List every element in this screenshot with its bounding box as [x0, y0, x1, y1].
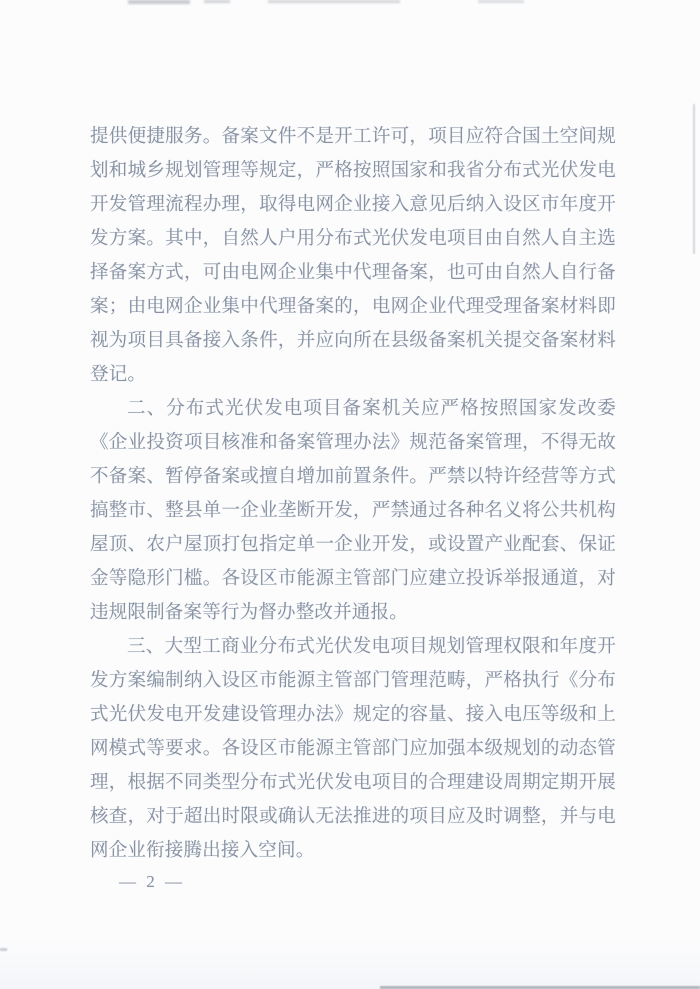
text-line: 屋顶、农户屋顶打包指定单一企业开发，或设置产业配套、保证	[90, 528, 616, 562]
text-line: 开发管理流程办理，取得电网企业接入意见后纳入设区市年度开	[90, 188, 616, 222]
text-line: 二、分布式光伏发电项目备案机关应严格按照国家发改委	[90, 392, 616, 426]
paragraph-continuation: 提供便捷服务。备案文件不是开工许可，项目应符合国土空间规 划和城乡规划管理等规定…	[90, 120, 616, 392]
document-page: 提供便捷服务。备案文件不是开工许可，项目应符合国土空间规 划和城乡规划管理等规定…	[0, 0, 700, 989]
text-line: 视为项目具备接入条件，并应向所在县级备案机关提交备案材料	[90, 324, 616, 358]
text-line: 金等隐形门槛。各设区市能源主管部门应建立投诉举报通道，对	[90, 562, 616, 596]
text-line: 三、大型工商业分布式光伏发电项目规划管理权限和年度开	[90, 630, 616, 664]
text-line: 《企业投资项目核准和备案管理办法》规范备案管理，不得无故	[90, 426, 616, 460]
text-line: 理，根据不同类型分布式光伏发电项目的合理建设周期定期开展	[90, 766, 616, 800]
paragraph-item-three: 三、大型工商业分布式光伏发电项目规划管理权限和年度开 发方案编制纳入设区市能源主…	[90, 630, 616, 868]
text-line: 搞整市、整县单一企业垄断开发，严禁通过各种名义将公共机构	[90, 494, 616, 528]
scan-artifact-right-edge-line	[693, 104, 695, 254]
text-line: 择备案方式，可由电网企业集中代理备案，也可由自然人自行备	[90, 256, 616, 290]
text-line: 发方案。其中，自然人户用分布式光伏发电项目由自然人自主选	[90, 222, 616, 256]
text-line: 提供便捷服务。备案文件不是开工许可，项目应符合国土空间规	[90, 120, 616, 154]
text-line: 划和城乡规划管理等规定，严格按照国家和我省分布式光伏发电	[90, 154, 616, 188]
text-line: 不备案、暂停备案或擅自增加前置条件。严禁以特许经营等方式	[90, 460, 616, 494]
text-line: 违规限制备案等行为督办整改并通报。	[90, 596, 616, 630]
scan-artifact-top-text-remnant	[268, 0, 400, 3]
text-line: 案；由电网企业集中代理备案的，电网企业代理受理备案材料即	[90, 290, 616, 324]
document-body: 提供便捷服务。备案文件不是开工许可，项目应符合国土空间规 划和城乡规划管理等规定…	[90, 120, 616, 868]
scan-artifact-top-text-remnant	[478, 0, 524, 3]
text-line: 网模式等要求。各设区市能源主管部门应加强本级规划的动态管	[90, 732, 616, 766]
text-line: 登记。	[90, 358, 616, 392]
scan-artifact-left-edge-mark	[0, 948, 7, 951]
paragraph-item-two: 二、分布式光伏发电项目备案机关应严格按照国家发改委 《企业投资项目核准和备案管理…	[90, 392, 616, 630]
text-line: 网企业衔接腾出接入空间。	[90, 834, 616, 868]
text-line: 发方案编制纳入设区市能源主管部门管理范畴，严格执行《分布	[90, 664, 616, 698]
scan-artifact-top-text-remnant	[204, 0, 230, 3]
text-line: 核查，对于超出时限或确认无法推进的项目应及时调整，并与电	[90, 800, 616, 834]
scan-artifact-top-text-remnant	[128, 0, 190, 4]
page-number: — 2 —	[119, 872, 185, 892]
text-line: 式光伏发电开发建设管理办法》规定的容量、接入电压等级和上	[90, 698, 616, 732]
